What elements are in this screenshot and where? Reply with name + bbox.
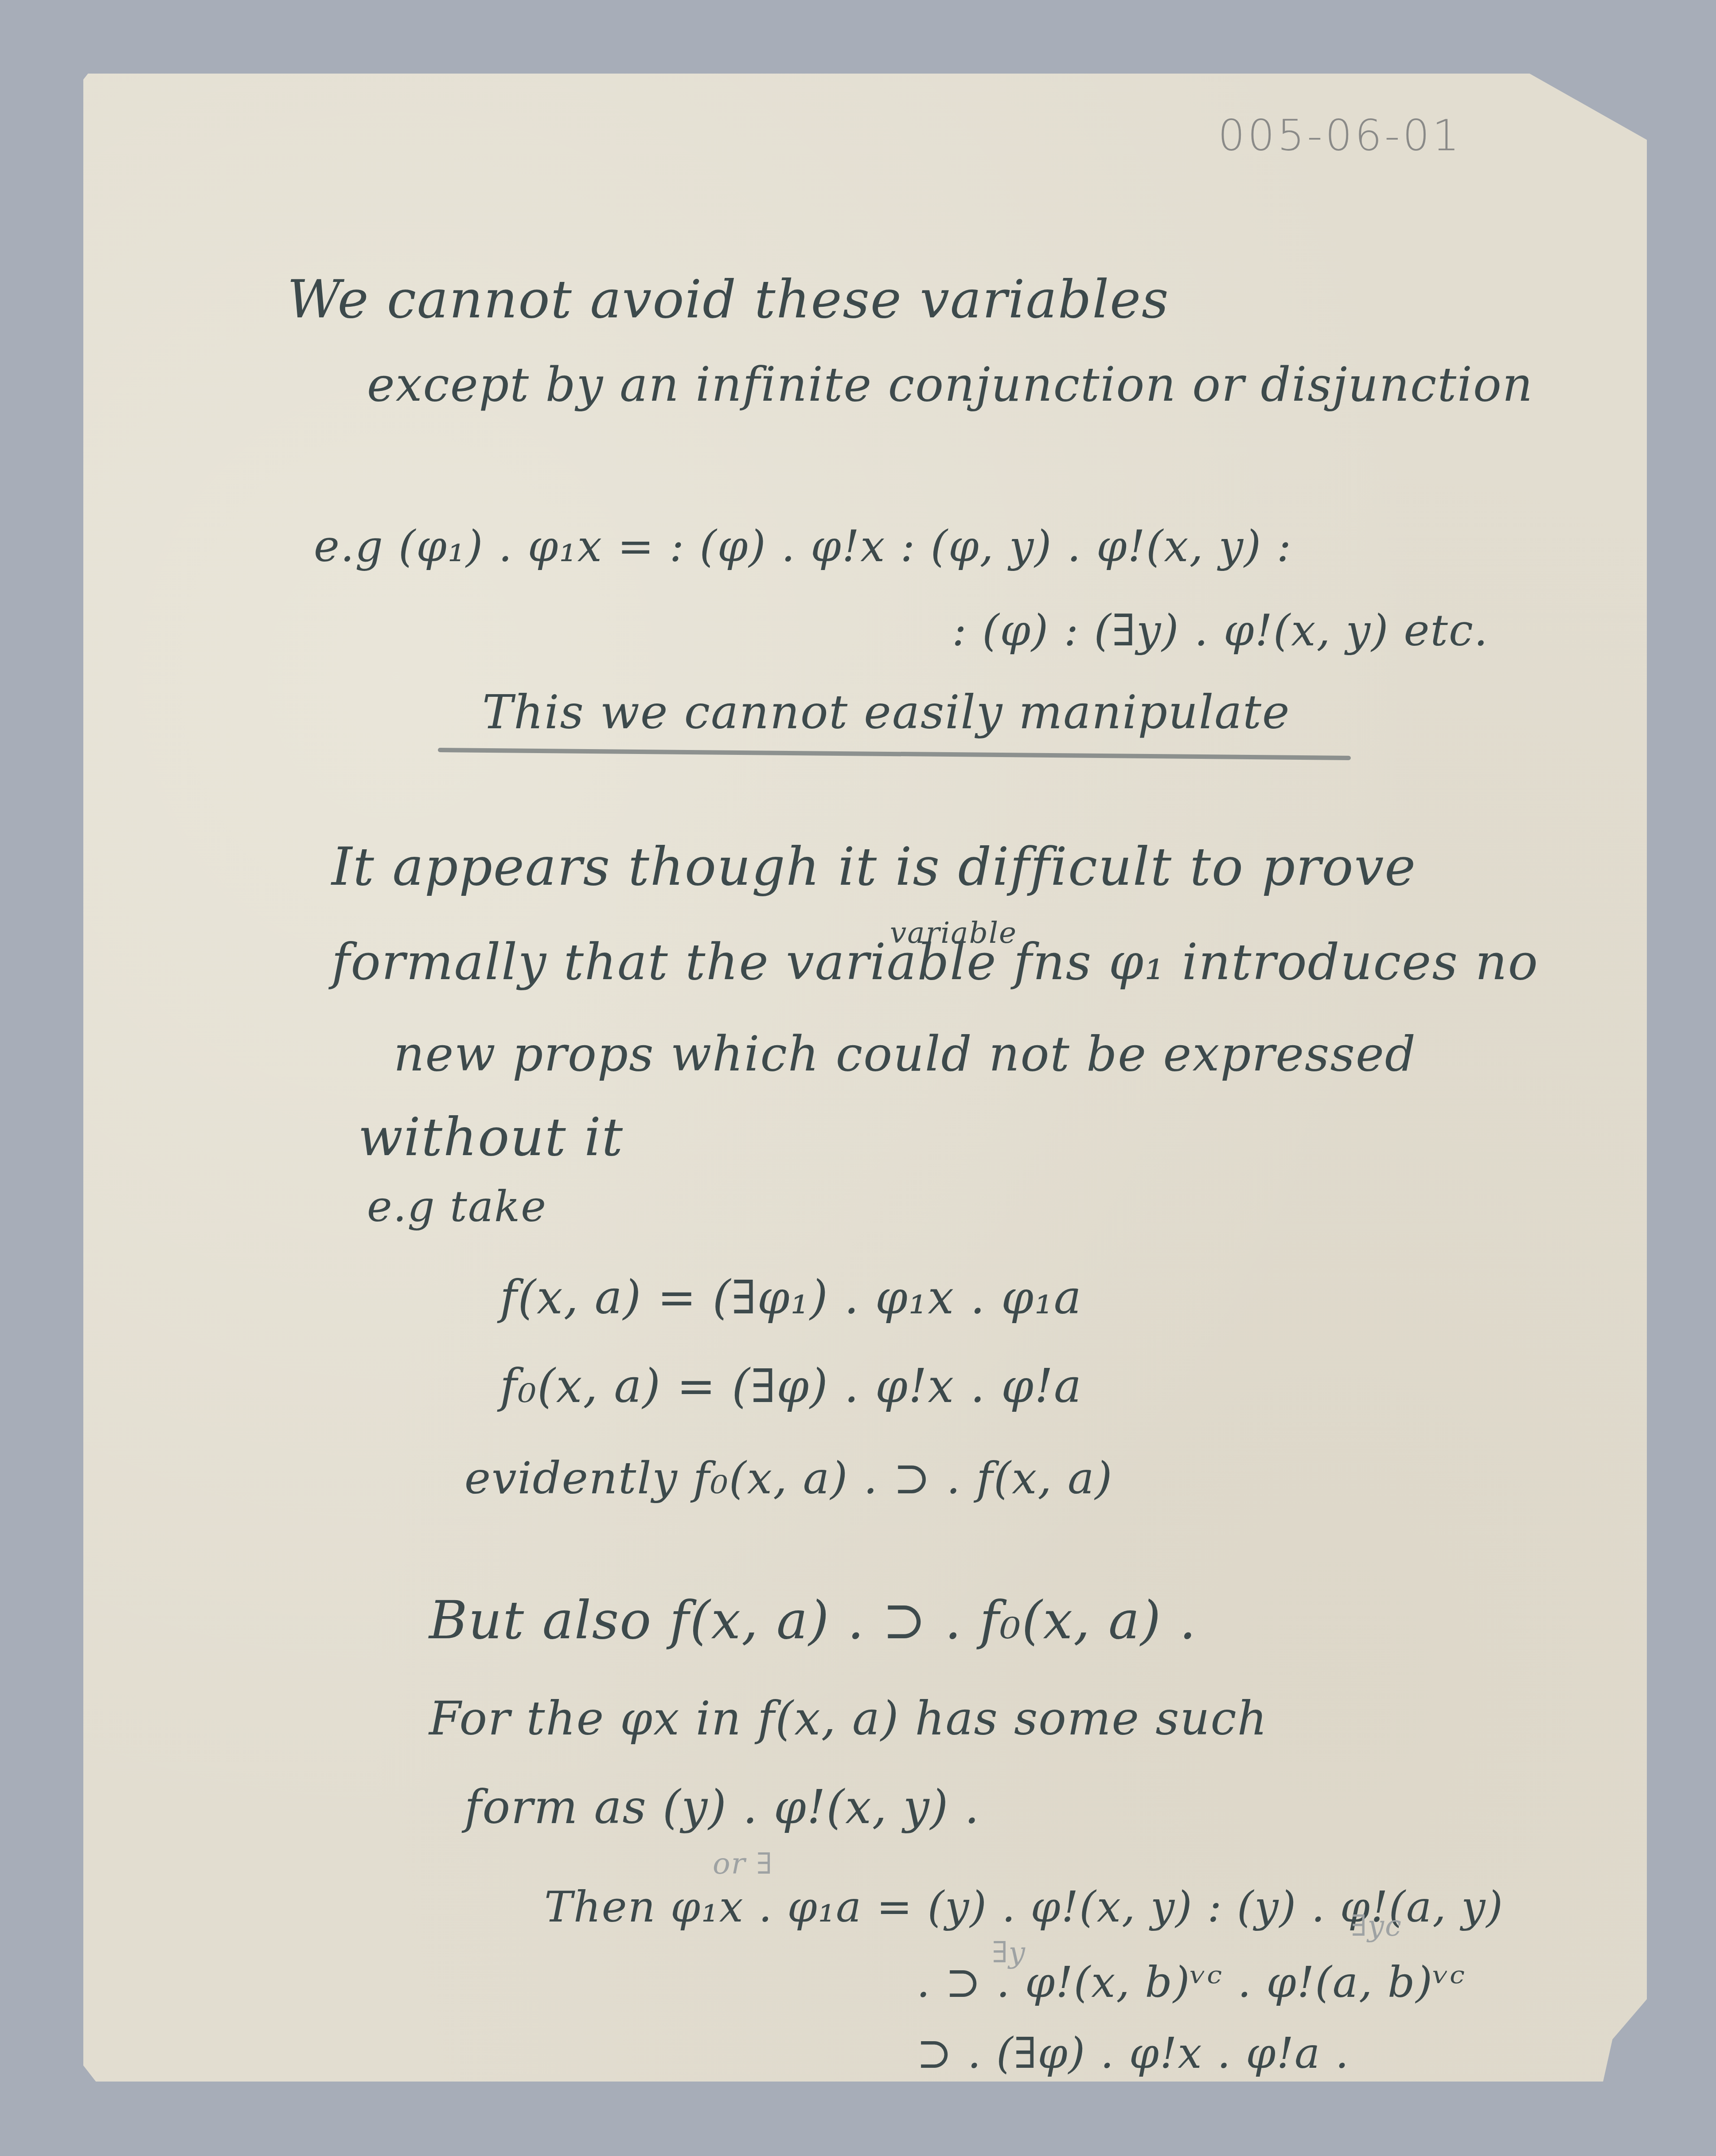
text-line-without-it: without it [358, 1106, 624, 1168]
text-line-new-props: new props which could not be expressed [394, 1027, 1416, 1082]
equation-evidently: evidently f₀(x, a) . ⊃ . f(x, a) [464, 1452, 1113, 1504]
text-line-form-as: form as (y) . φ!(x, y) . [464, 1780, 980, 1834]
text-line-appears: It appears though it is difficult to pro… [331, 836, 1416, 897]
text-line-manipulate: This we cannot easily manipulate [482, 685, 1291, 739]
equation-implies-2: ⊃ . (∃φ) . φ!x . φ!a . [916, 2028, 1349, 2078]
equation-implies-1: . ⊃ . φ!(x, b)ᵛᶜ . φ!(a, b)ᵛᶜ [916, 1957, 1466, 2007]
text-line-2: except by an infinite conjunction or dis… [367, 357, 1533, 412]
underline-conclusion [1147, 2082, 1311, 2086]
equation-but-also: But also f(x, a) . ⊃ . f₀(x, a) . [429, 1590, 1197, 1651]
annotation-exists-yc-right: ∃yc [1351, 1909, 1402, 1943]
reference-number: 005-06-01 [1218, 111, 1462, 160]
equation-f0: f₀(x, a) = (∃φ) . φ!x . φ!a [500, 1359, 1082, 1413]
equation-f: f(x, a) = (∃φ₁) . φ₁x . φ₁a [500, 1270, 1082, 1324]
text-line-formally: formally that the variable fns φ₁ introd… [331, 933, 1539, 991]
text-line-eg-take: e.g take [367, 1182, 547, 1231]
equation-line-2: : (φ) : (∃y) . φ!(x, y) etc. [952, 605, 1489, 656]
equation-line-1: e.g (φ₁) . φ₁x = : (φ) . φ!x : (φ, y) . … [314, 521, 1292, 572]
annotation-or-exists: or ∃ [713, 1847, 773, 1881]
underline-manipulate [438, 748, 1351, 760]
manuscript-page: 005-06-01 We cannot avoid these variable… [83, 74, 1647, 2082]
text-line-for-the: For the φx in f(x, a) has some such [429, 1691, 1268, 1746]
text-line-1: We cannot avoid these variables [287, 269, 1170, 330]
